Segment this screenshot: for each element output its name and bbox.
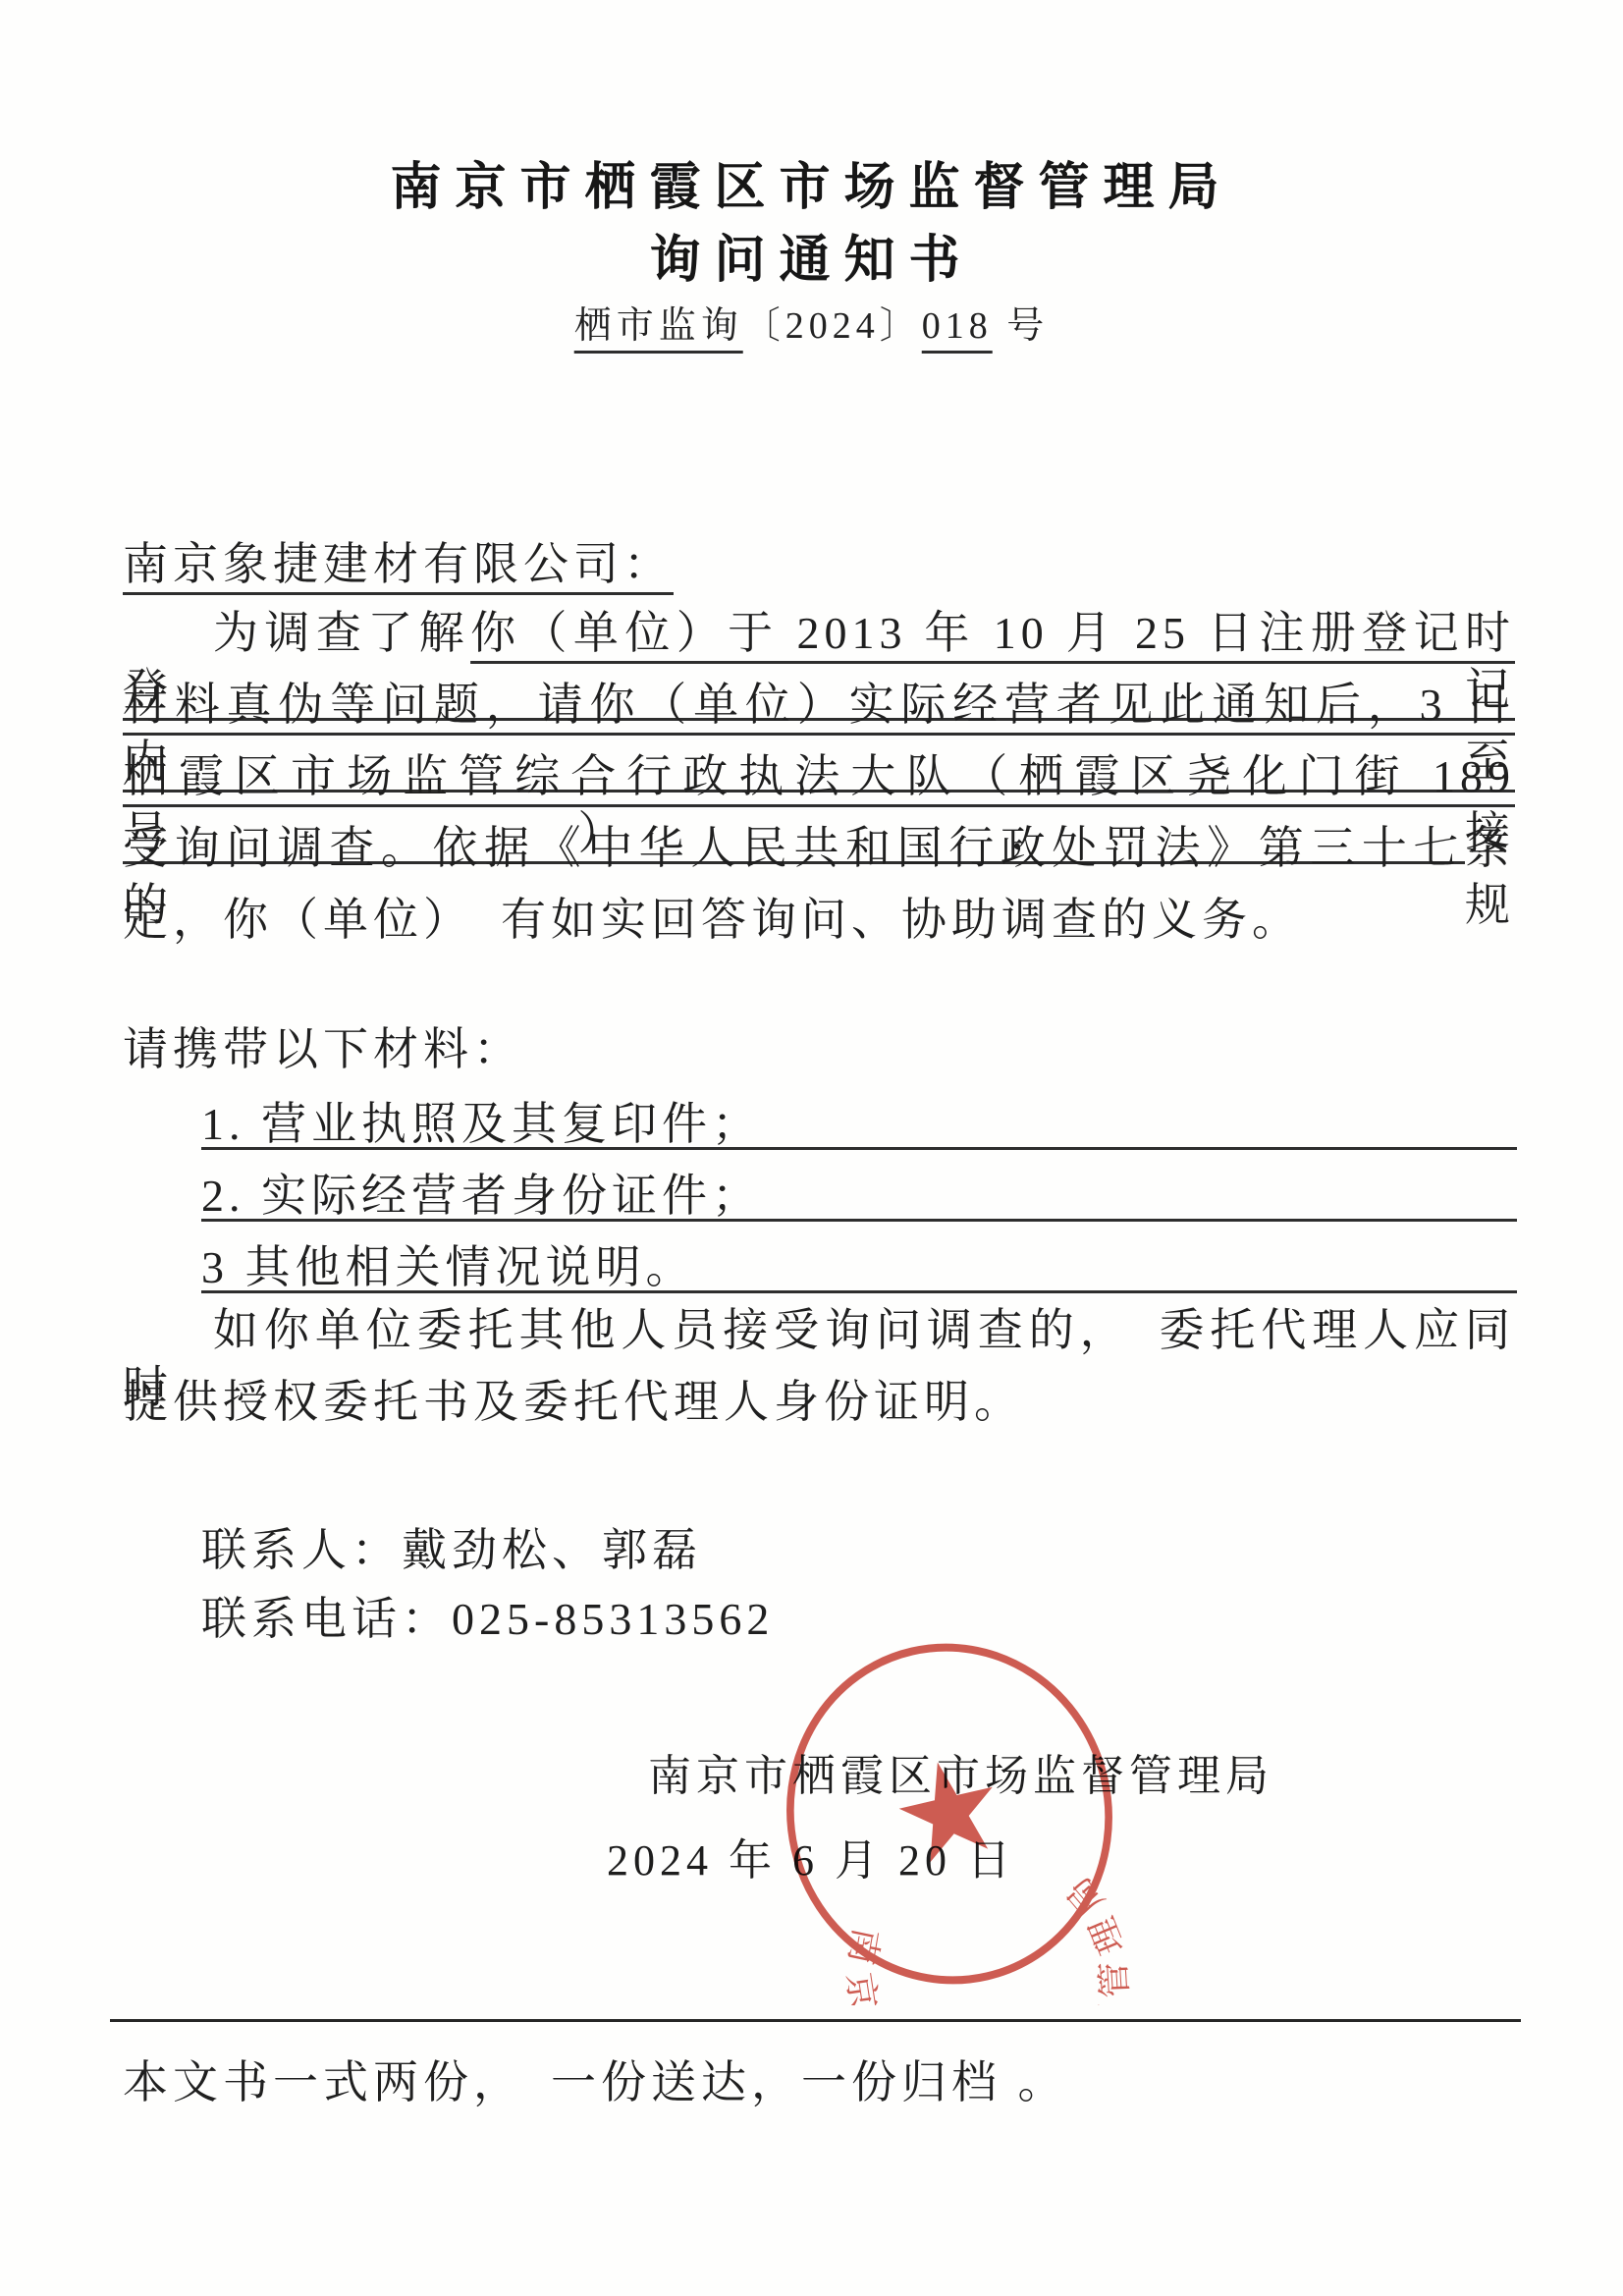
- para1-line-5: 定，你（单位） 有如实回答询问、协助调查的义务。: [123, 892, 1515, 949]
- para1-line-1-plain: 为调查了解: [213, 608, 470, 658]
- footer-note: 本文书一式两份， 一份送达，一份归档 。: [123, 2054, 1515, 2111]
- footer-divider: [110, 2019, 1521, 2022]
- doc-number: 栖市监询〔2024〕018 号: [0, 295, 1623, 349]
- doc-number-year: 〔2024〕: [743, 305, 922, 347]
- material-item-1: 1. 营业执照及其复印件；: [201, 1088, 1517, 1150]
- addressee-line: 南京象捷建材有限公司：: [123, 536, 1515, 593]
- contact-person: 联系人：戴劲松、郭磊: [201, 1522, 1515, 1579]
- doc-number-suffix: 号: [993, 305, 1050, 347]
- document-title-org: 南京市栖霞区市场监督管理局: [0, 145, 1623, 219]
- material-item-3: 3 其他相关情况说明。: [201, 1231, 1517, 1293]
- seal-ring-text: 南京市栖霞区市场监督管理局: [823, 1853, 1141, 2005]
- seal-ring-text-holder: 南京市栖霞区市场监督管理局: [823, 1853, 1141, 2005]
- material-item-2: 2. 实际经营者身份证件；: [201, 1160, 1517, 1222]
- materials-intro: 请携带以下材料：: [123, 1021, 1515, 1078]
- para2-line-2: 提供授权委托书及委托代理人身份证明。: [123, 1374, 1515, 1431]
- document-title-type: 询问通知书: [0, 218, 1623, 292]
- doc-number-prefix: 栖市监询: [574, 305, 743, 347]
- doc-number-serial: 018: [922, 305, 993, 347]
- official-seal: 南京市栖霞区市场监督管理局: [758, 1622, 1141, 2005]
- seal-star: [891, 1751, 1005, 1866]
- scanned-document-page: 南京市栖霞区市场监督管理局 询问通知书 栖市监询〔2024〕018 号 南京象捷…: [0, 0, 1623, 2296]
- seal-group: 南京市栖霞区市场监督管理局: [758, 1622, 1141, 2005]
